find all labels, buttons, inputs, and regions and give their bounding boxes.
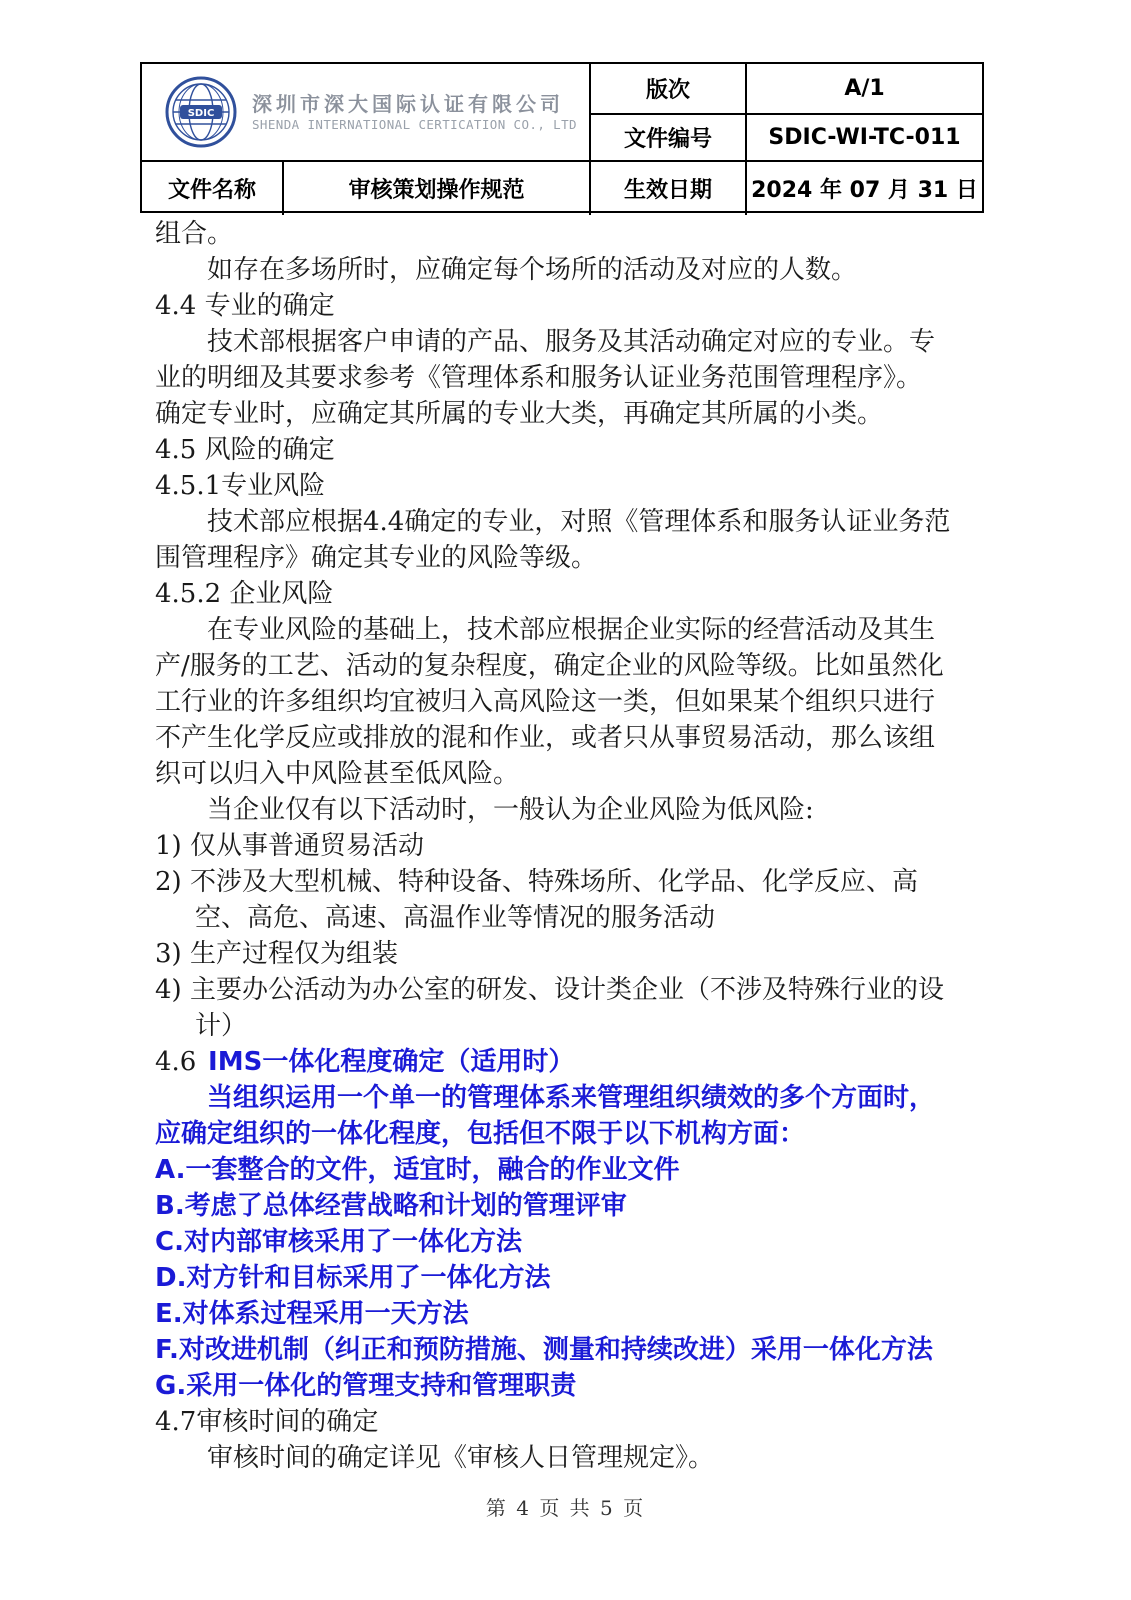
logo-cell: SDIC 深圳市深大国际认证有限公司 SHENDA INTERNATIONAL … <box>142 64 591 162</box>
list-item-3: 3) 生产过程仅为组装 <box>155 936 990 972</box>
doc-line: 如存在多场所时，应确定每个场所的活动及对应的人数。 <box>155 252 990 288</box>
doc-line: 业的明细及其要求参考《管理体系和服务认证业务范围管理程序》。 <box>155 360 990 396</box>
doc-line: 产/服务的工艺、活动的复杂程度，确定企业的风险等级。比如虽然化 <box>155 648 990 684</box>
doc-line: 围管理程序》确定其专业的风险等级。 <box>155 540 990 576</box>
doc-line: 织可以归入中风险甚至低风险。 <box>155 756 990 792</box>
section-heading-4-7: 4.7审核时间的确定 <box>155 1404 990 1440</box>
section-heading-4-5-2: 4.5.2 企业风险 <box>155 576 990 612</box>
doc-line: 审核时间的确定详见《审核人日管理规定》。 <box>155 1440 990 1476</box>
doc-line: 技术部应根据4.4确定的专业，对照《管理体系和服务认证业务范 <box>155 504 990 540</box>
list-item-A: A.一套整合的文件，适宜时，融合的作业文件 <box>155 1152 990 1188</box>
doc-line: 在专业风险的基础上，技术部应根据企业实际的经营活动及其生 <box>155 612 990 648</box>
list-item-C: C.对内部审核采用了一体化方法 <box>155 1224 990 1260</box>
effective-date-value: 2024 年 07 月 31 日 <box>747 162 982 215</box>
doc-name-label: 文件名称 <box>142 162 284 215</box>
section-heading-4-5-1: 4.5.1专业风险 <box>155 468 990 504</box>
list-item-G: G.采用一体化的管理支持和管理职责 <box>155 1368 990 1404</box>
sdic-logo-icon: SDIC <box>164 75 238 149</box>
section-heading-4-6: 4.6IMS一体化程度确定（适用时） <box>155 1044 990 1080</box>
doc-line: 确定专业时，应确定其所属的专业大类，再确定其所属的小类。 <box>155 396 990 432</box>
doc-number-value: SDIC-WI-TC-011 <box>747 115 982 162</box>
effective-date-label: 生效日期 <box>591 162 747 215</box>
header-table: SDIC 深圳市深大国际认证有限公司 SHENDA INTERNATIONAL … <box>140 62 984 213</box>
doc-line-blue: 应确定组织的一体化程度，包括但不限于以下机构方面： <box>155 1116 990 1152</box>
document-body: 组合。 如存在多场所时，应确定每个场所的活动及对应的人数。 4.4 专业的确定 … <box>155 216 990 1476</box>
logo-text: SDIC <box>188 108 215 119</box>
list-item-B: B.考虑了总体经营战略和计划的管理评审 <box>155 1188 990 1224</box>
doc-line: 技术部根据客户申请的产品、服务及其活动确定对应的专业。专 <box>155 324 990 360</box>
list-item-2-cont: 空、高危、高速、高温作业等情况的服务活动 <box>155 900 990 936</box>
page-number: 第 4 页 共 5 页 <box>0 1492 1131 1521</box>
company-name-cn: 深圳市深大国际认证有限公司 <box>252 92 577 117</box>
doc-line: 组合。 <box>155 216 990 252</box>
company-name-en: SHENDA INTERNATIONAL CERTICATION CO., LT… <box>252 117 577 133</box>
list-item-2: 2) 不涉及大型机械、特种设备、特殊场所、化学品、化学反应、高 <box>155 864 990 900</box>
document-page: SDIC 深圳市深大国际认证有限公司 SHENDA INTERNATIONAL … <box>0 0 1131 1600</box>
section-heading-4-5: 4.5 风险的确定 <box>155 432 990 468</box>
section-number: 4.6 <box>155 1047 196 1077</box>
version-label: 版次 <box>591 64 747 115</box>
list-item-4-cont: 计） <box>155 1008 990 1044</box>
list-item-D: D.对方针和目标采用了一体化方法 <box>155 1260 990 1296</box>
list-item-4: 4) 主要办公活动为办公室的研发、设计类企业（不涉及特殊行业的设 <box>155 972 990 1008</box>
list-item-F: F.对改进机制（纠正和预防措施、测量和持续改进）采用一体化方法 <box>155 1332 990 1368</box>
doc-line-blue: 当组织运用一个单一的管理体系来管理组织绩效的多个方面时， <box>155 1080 990 1116</box>
doc-name-value: 审核策划操作规范 <box>284 162 591 215</box>
section-heading-4-4: 4.4 专业的确定 <box>155 288 990 324</box>
doc-line: 不产生化学反应或排放的混和作业，或者只从事贸易活动，那么该组 <box>155 720 990 756</box>
doc-line: 当企业仅有以下活动时，一般认为企业风险为低风险: <box>155 792 990 828</box>
doc-number-label: 文件编号 <box>591 115 747 162</box>
version-value: A/1 <box>747 64 982 115</box>
company-names: 深圳市深大国际认证有限公司 SHENDA INTERNATIONAL CERTI… <box>252 92 577 133</box>
list-item-1: 1) 仅从事普通贸易活动 <box>155 828 990 864</box>
doc-line: 工行业的许多组织均宜被归入高风险这一类，但如果某个组织只进行 <box>155 684 990 720</box>
list-item-E: E.对体系过程采用一天方法 <box>155 1296 990 1332</box>
section-title-blue: IMS一体化程度确定（适用时） <box>208 1047 574 1077</box>
